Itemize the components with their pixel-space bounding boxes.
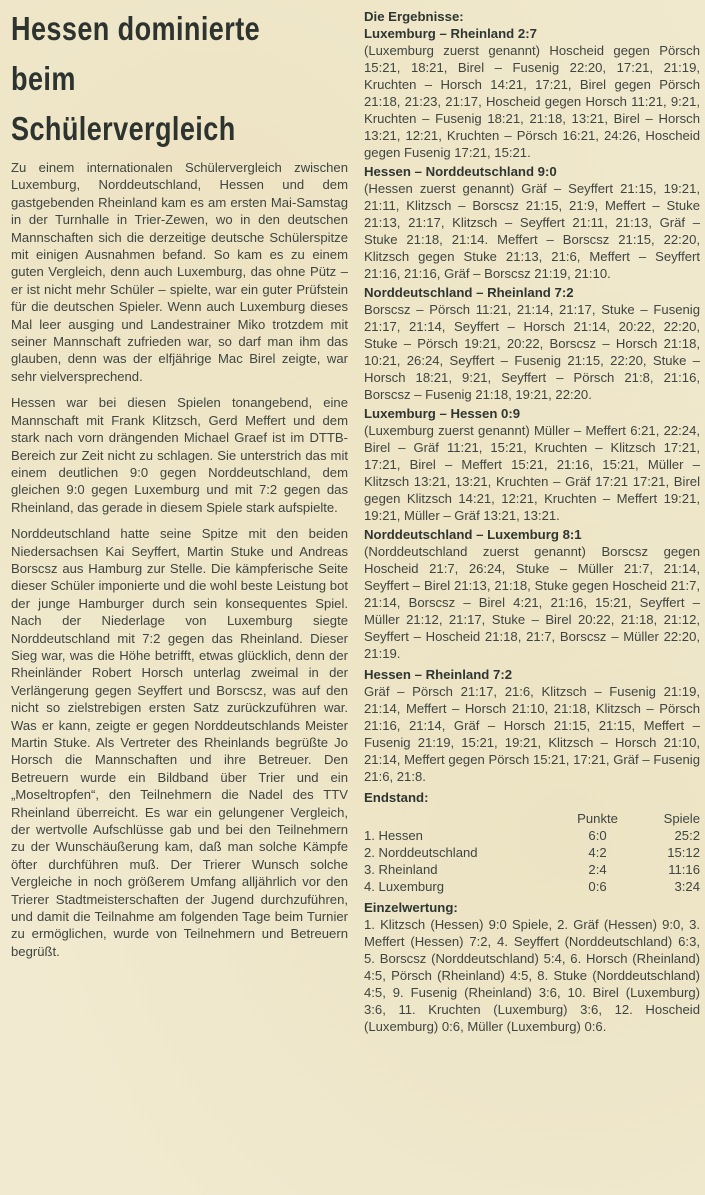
match-heading: Norddeutschland – Luxemburg 8:1 — [364, 526, 700, 543]
team-games: 15:12 — [636, 844, 700, 861]
match-details: (Luxemburg zuerst genannt) Müller – Meff… — [364, 422, 700, 524]
article-paragraph: Zu einem internationalen Schülervergleic… — [11, 159, 348, 385]
match-heading: Luxemburg – Rheinland 2:7 — [364, 25, 700, 42]
match-result: Norddeutschland – Luxemburg 8:1 (Norddeu… — [364, 526, 700, 662]
match-result: Luxemburg – Hessen 0:9 (Luxemburg zuerst… — [364, 405, 700, 524]
standings-header-row: Punkte Spiele — [364, 810, 700, 827]
match-details: Borscsz – Pörsch 11:21, 21:14, 21:17, St… — [364, 301, 700, 403]
team-name: 2. Norddeutschland — [364, 844, 559, 861]
column-header-team — [364, 810, 559, 827]
headline-line: beim — [11, 54, 287, 104]
individual-ranking: 1. Klitzsch (Hessen) 9:0 Spiele, 2. Gräf… — [364, 916, 700, 1035]
article-paragraph: Norddeutschland hatte seine Spitze mit d… — [11, 525, 348, 960]
match-details: (Norddeutschland zuerst genannt) Borscsz… — [364, 543, 700, 662]
column-header-games: Spiele — [636, 810, 700, 827]
individual-title: Einzelwertung: — [364, 899, 700, 916]
match-result: Hessen – Norddeutschland 9:0 (Hessen zue… — [364, 163, 700, 282]
team-points: 0:6 — [559, 878, 636, 895]
team-name: 3. Rheinland — [364, 861, 559, 878]
results-column: Die Ergebnisse: Luxemburg – Rheinland 2:… — [364, 8, 700, 1035]
team-points: 4:2 — [559, 844, 636, 861]
standings-row: 3. Rheinland 2:4 11:16 — [364, 861, 700, 878]
standings-title: Endstand: — [364, 789, 700, 806]
results-title: Die Ergebnisse: — [364, 8, 700, 25]
match-details: Gräf – Pörsch 21:17, 21:6, Klitzsch – Fu… — [364, 683, 700, 785]
match-result: Luxemburg – Rheinland 2:7 (Luxemburg zue… — [364, 25, 700, 161]
match-heading: Luxemburg – Hessen 0:9 — [364, 405, 700, 422]
team-points: 6:0 — [559, 827, 636, 844]
match-details: (Luxemburg zuerst genannt) Hoscheid gege… — [364, 42, 700, 161]
headline-line: Schülervergleich — [11, 104, 287, 154]
match-result: Hessen – Rheinland 7:2 Gräf – Pörsch 21:… — [364, 666, 700, 785]
match-heading: Hessen – Rheinland 7:2 — [364, 666, 700, 683]
match-heading: Hessen – Norddeutschland 9:0 — [364, 163, 700, 180]
article-paragraph: Hessen war bei diesen Spielen tonangeben… — [11, 394, 348, 516]
standings-row: 1. Hessen 6:0 25:2 — [364, 827, 700, 844]
team-points: 2:4 — [559, 861, 636, 878]
team-games: 3:24 — [636, 878, 700, 895]
team-name: 1. Hessen — [364, 827, 559, 844]
team-games: 11:16 — [636, 861, 700, 878]
standings-table: Punkte Spiele 1. Hessen 6:0 25:2 2. Nord… — [364, 810, 700, 895]
article-column: Hessen dominierte beim Schülervergleich … — [11, 4, 348, 969]
headline: Hessen dominierte beim Schülervergleich — [11, 4, 287, 154]
team-name: 4. Luxemburg — [364, 878, 559, 895]
team-games: 25:2 — [636, 827, 700, 844]
match-result: Norddeutschland – Rheinland 7:2 Borscsz … — [364, 284, 700, 403]
headline-line: Hessen dominierte — [11, 4, 287, 54]
standings-row: 4. Luxemburg 0:6 3:24 — [364, 878, 700, 895]
match-details: (Hessen zuerst genannt) Gräf – Seyffert … — [364, 180, 700, 282]
column-header-points: Punkte — [559, 810, 636, 827]
standings-row: 2. Norddeutschland 4:2 15:12 — [364, 844, 700, 861]
match-heading: Norddeutschland – Rheinland 7:2 — [364, 284, 700, 301]
